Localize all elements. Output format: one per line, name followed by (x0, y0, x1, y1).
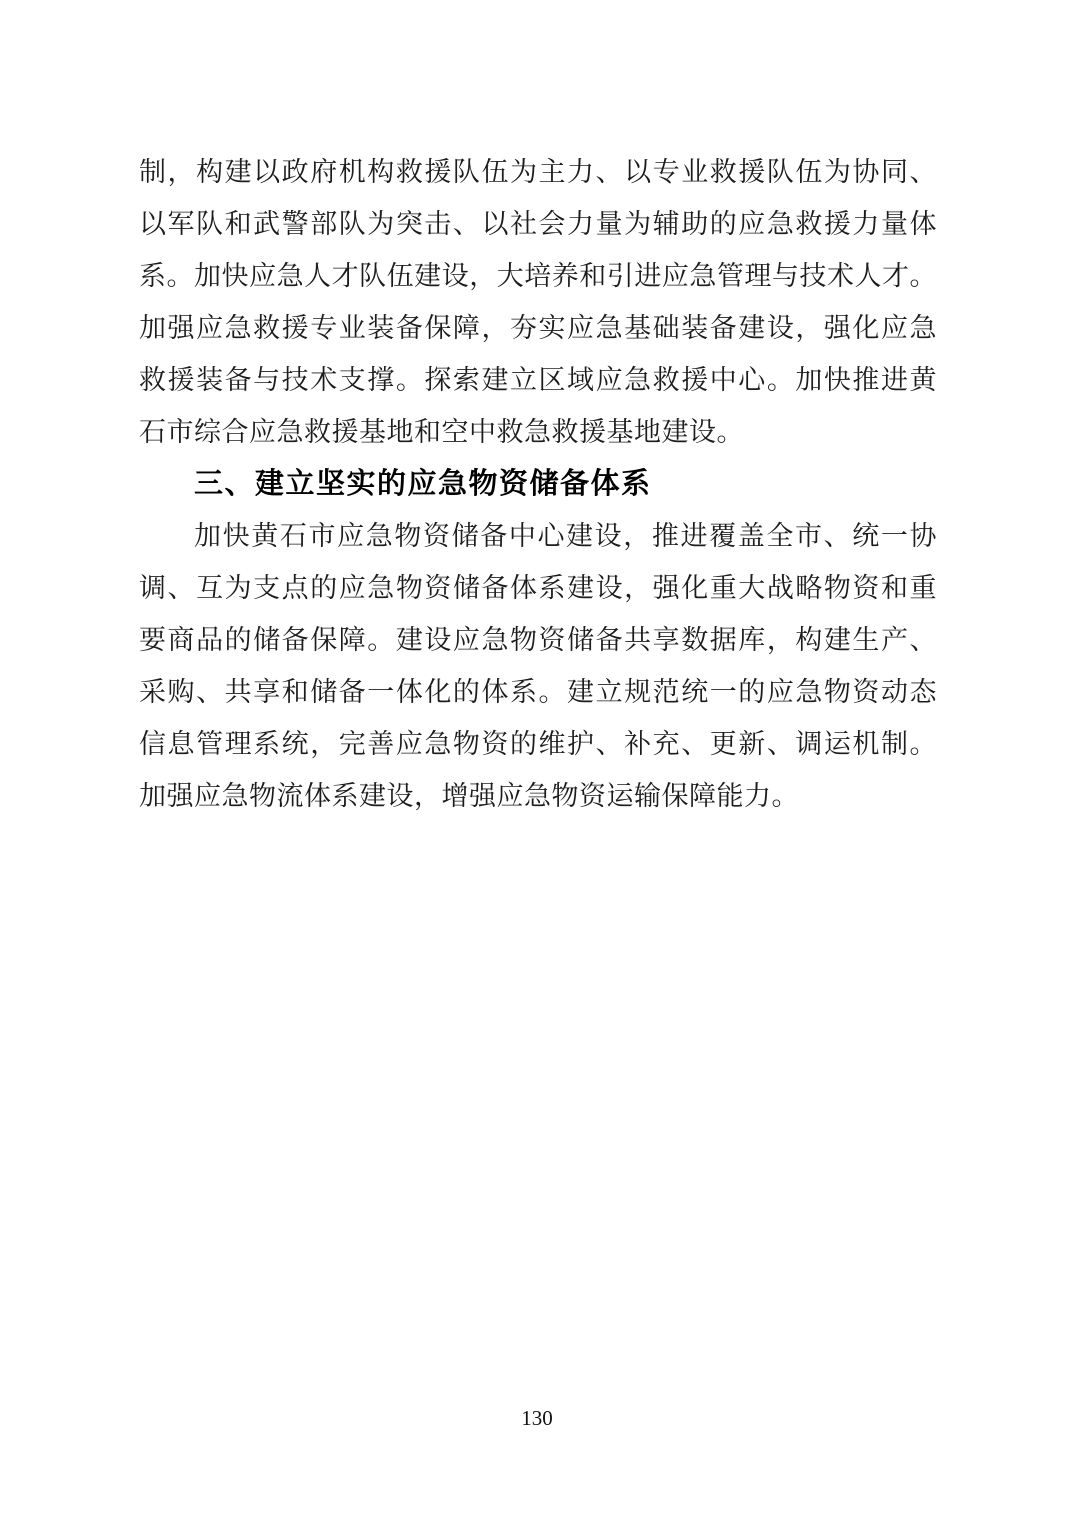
body-line-9: 要商品的储备保障。建设应急物资储备共享数据库，构建生产、 (139, 614, 937, 666)
body-line-5: 救援装备与技术支撑。探索建立区域应急救援中心。加快推进黄 (139, 354, 937, 406)
body-line-8: 调、互为支点的应急物资储备体系建设，强化重大战略物资和重 (139, 562, 937, 614)
body-line-3: 系。加快应急人才队伍建设，大培养和引进应急管理与技术人才。 (139, 250, 937, 302)
body-line-6: 石市综合应急救援基地和空中救急救援基地建设。 (139, 406, 937, 458)
section-heading: 三、建立坚实的应急物资储备体系 (139, 458, 937, 510)
body-line-12: 加强应急物流体系建设，增强应急物资运输保障能力。 (139, 770, 937, 822)
body-line-4: 加强应急救援专业装备保障，夯实应急基础装备建设，强化应急 (139, 302, 937, 354)
body-line-2: 以军队和武警部队为突击、以社会力量为辅助的应急救援力量体 (139, 198, 937, 250)
body-line-7: 加快黄石市应急物资储备中心建设，推进覆盖全市、统一协 (139, 510, 937, 562)
body-line-10: 采购、共享和储备一体化的体系。建立规范统一的应急物资动态 (139, 666, 937, 718)
page-body-text: 制，构建以政府机构救援队伍为主力、以专业救援队伍为协同、 以军队和武警部队为突击… (139, 146, 937, 822)
body-line-11: 信息管理系统，完善应急物资的维护、补充、更新、调运机制。 (139, 718, 937, 770)
body-line-1: 制，构建以政府机构救援队伍为主力、以专业救援队伍为协同、 (139, 146, 937, 198)
document-page: 制，构建以政府机构救援队伍为主力、以专业救援队伍为协同、 以军队和武警部队为突击… (0, 0, 1074, 1520)
page-number: 130 (0, 1404, 1074, 1432)
